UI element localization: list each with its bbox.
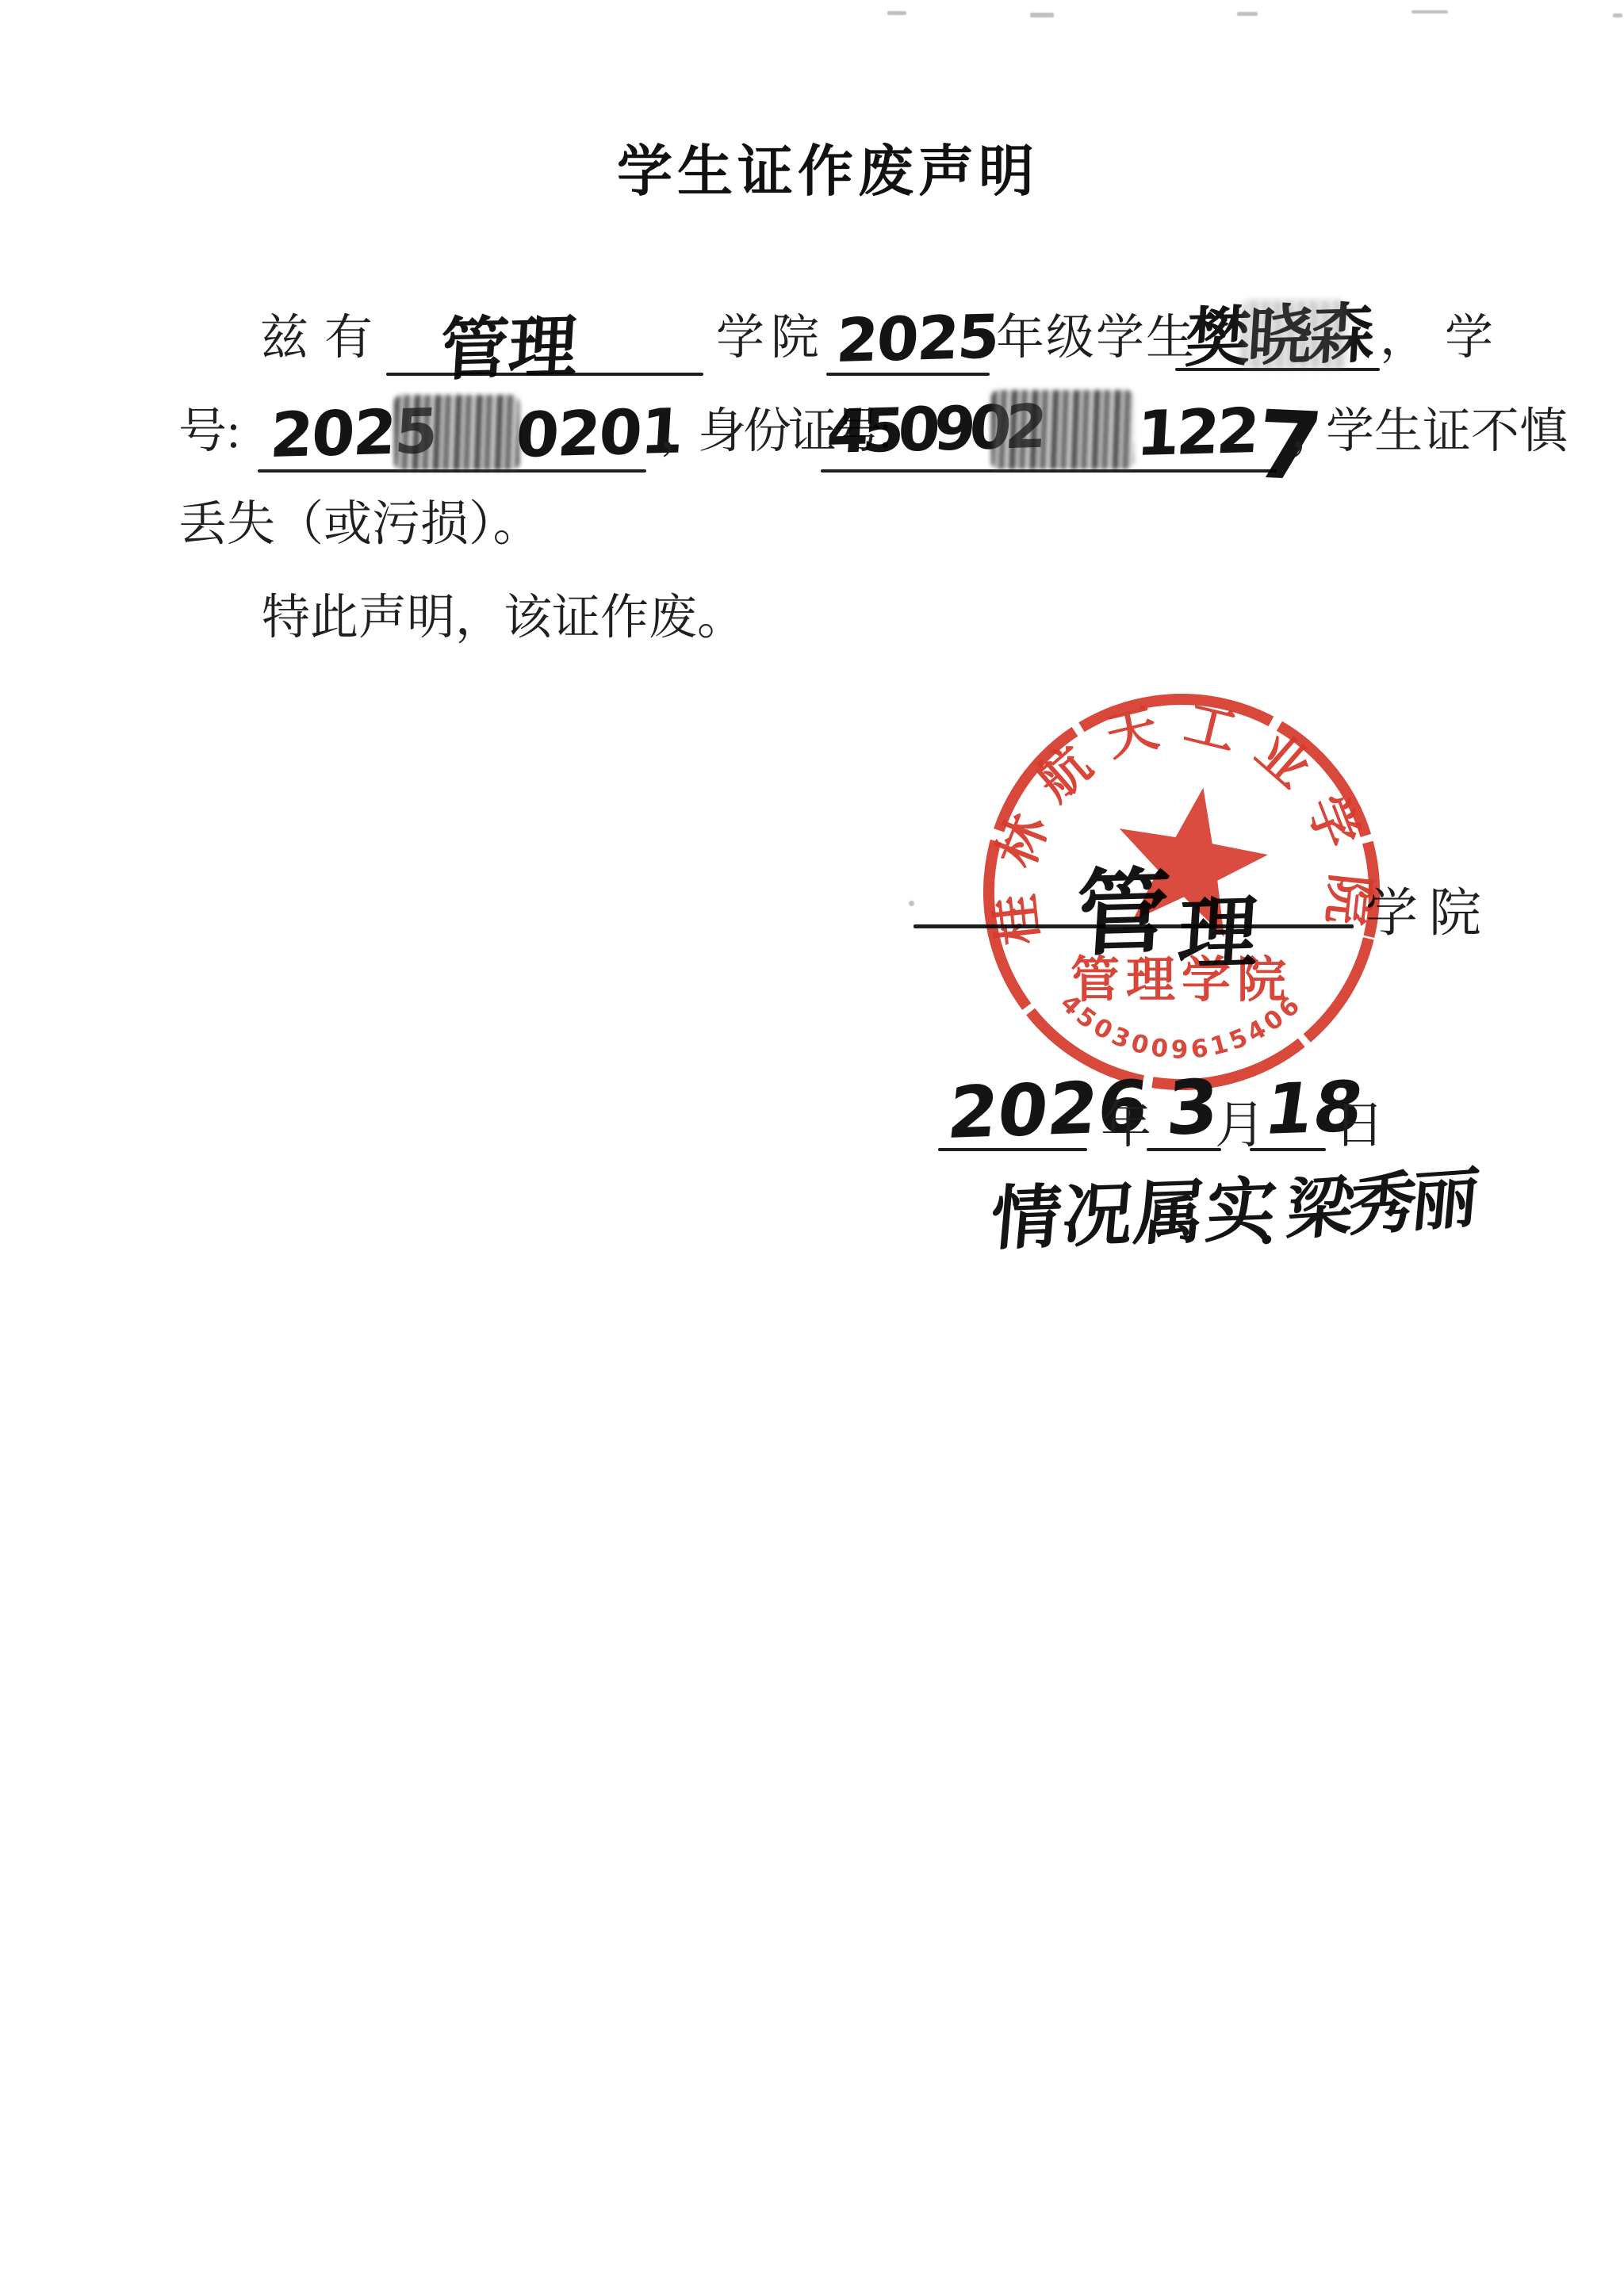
document-title: 学生证作废声明	[16, 127, 1624, 207]
handwritten-year-blank: 2025	[834, 301, 1000, 376]
handwritten-remark: 情况属实	[987, 1154, 1282, 1264]
date-underline-year	[938, 1148, 1087, 1151]
date-label-year: 年	[1101, 1085, 1151, 1158]
date-label-day: 日	[1334, 1085, 1385, 1158]
handwritten-student-no-suffix: 0201	[514, 396, 684, 472]
scan-artifact	[887, 11, 906, 15]
handwritten-signature-college-1: 管	[1072, 836, 1174, 974]
body-text: ，	[1380, 313, 1428, 364]
id-suffix-digits: 122	[1135, 396, 1259, 470]
body-text: 丢失（或污损）。	[178, 499, 542, 550]
name-smear	[1241, 300, 1348, 369]
body-text: 学院	[716, 313, 825, 364]
redaction-smudge-student-no	[394, 395, 519, 470]
handwritten-month: 3	[1164, 1064, 1220, 1153]
body-text: 学生证不慎	[1326, 407, 1568, 457]
handwritten-signature-name: 梁秀丽	[1283, 1145, 1479, 1253]
body-text: 学	[1445, 313, 1493, 364]
body-text: 号:	[178, 407, 240, 457]
date-label-month: 月	[1215, 1085, 1266, 1158]
handwritten-signature-college-2: 理	[1175, 868, 1262, 985]
handwritten-college-blank: 管理	[438, 292, 580, 393]
redaction-smudge-id	[991, 390, 1134, 469]
body-text: 兹有	[260, 313, 389, 364]
scan-artifact	[1237, 12, 1258, 16]
scan-artifact	[1411, 10, 1448, 13]
date-underline-day	[1250, 1148, 1326, 1151]
body-text: 年级学生	[996, 313, 1196, 364]
body-text: 特此声明，该证作废。	[262, 593, 745, 644]
date-underline-month	[1147, 1148, 1221, 1151]
scan-artifact	[1613, 13, 1622, 17]
scan-artifact	[909, 901, 914, 906]
scan-artifact	[1030, 13, 1054, 17]
scanned-declaration-page: 学生证作废声明 兹有 管理 学院 2025 年级学生 樊晓森 ， 学 号: 20…	[0, 0, 1624, 2296]
signature-line-suffix: 学院	[1365, 871, 1492, 946]
